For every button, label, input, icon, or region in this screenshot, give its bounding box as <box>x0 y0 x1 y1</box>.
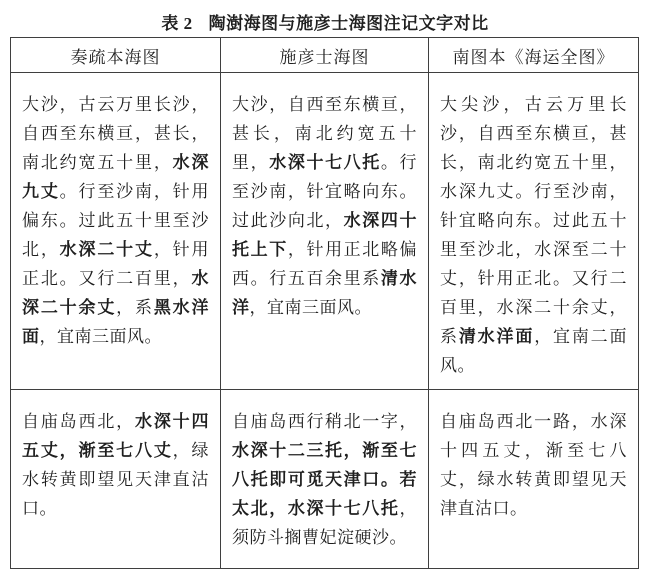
column-header-zoushu-chart: 奏疏本海图 <box>11 38 221 73</box>
cell-row1-shiyanshi: 大沙，自西至东横亘，甚长，南北约宽五十里，水深十七八托。行至沙南，针宜略向东。过… <box>221 73 429 390</box>
table-row-dasha: 大沙，古云万里长沙，自西至东横亘，甚长，南北约宽五十里，水深九丈。行至沙南，针用… <box>11 73 639 390</box>
text-segment: 大尖沙，古云万里长沙，自西至东横亘，甚长，南北约宽五十里，水深九丈。行至沙南，针… <box>440 95 627 346</box>
text-segment: ，系 <box>116 298 154 317</box>
highlighted-text-segment: 水深十七八托 <box>269 153 381 172</box>
table-row-miaodao: 自庙岛西北，水深十四五丈，渐至七八丈，绿水转黄即望见天津直沽口。 自庙岛西行稍北… <box>11 390 639 569</box>
highlighted-text-segment: 清水洋面 <box>459 327 534 346</box>
cell-row2-zoushu: 自庙岛西北，水深十四五丈，渐至七八丈，绿水转黄即望见天津直沽口。 <box>11 390 221 569</box>
cell-row2-nantuben: 自庙岛西北一路，水深十四五丈，渐至七八丈，绿水转黄即望见天津直沽口。 <box>429 390 639 569</box>
text-segment: 自庙岛西北， <box>22 412 135 431</box>
text-segment: 自庙岛西北一路，水深十四五丈，渐至七八丈，绿水转黄即望见天津直沽口。 <box>440 412 627 518</box>
header-row: 奏疏本海图 施彦士海图 南图本《海运全图》 <box>11 38 639 73</box>
cell-row1-zoushu: 大沙，古云万里长沙，自西至东横亘，甚长，南北约宽五十里，水深九丈。行至沙南，针用… <box>11 73 221 390</box>
highlighted-text-segment: 水深二十丈 <box>60 240 154 259</box>
text-segment: ，宜南三面风。 <box>250 298 373 317</box>
table-caption-number: 表 2 <box>161 14 192 33</box>
table-caption: 表 2陶澍海图与施彦士海图注记文字对比 <box>0 9 650 34</box>
column-header-nantuben-chart: 南图本《海运全图》 <box>429 38 639 73</box>
text-segment: 自庙岛西行稍北一字， <box>232 412 417 431</box>
column-header-shiyanshi-chart: 施彦士海图 <box>221 38 429 73</box>
table-caption-title: 陶澍海图与施彦士海图注记文字对比 <box>209 14 489 33</box>
text-segment: ，宜南三面风。 <box>40 327 163 346</box>
cell-row2-shiyanshi: 自庙岛西行稍北一字，水深十二三托，渐至七八托即可觅天津口。若太北，水深十七八托，… <box>221 390 429 569</box>
comparison-table: 奏疏本海图 施彦士海图 南图本《海运全图》 大沙，古云万里长沙，自西至东横亘，甚… <box>10 37 639 569</box>
highlighted-text-segment: 水深十二三托，渐至七八托即可觅天津口。若太北，水深十七八托 <box>232 441 417 518</box>
page: 表 2陶澍海图与施彦士海图注记文字对比 奏疏本海图 施彦士海图 南图本《海运全图… <box>0 0 650 573</box>
cell-row1-nantuben: 大尖沙，古云万里长沙，自西至东横亘，甚长，南北约宽五十里，水深九丈。行至沙南，针… <box>429 73 639 390</box>
